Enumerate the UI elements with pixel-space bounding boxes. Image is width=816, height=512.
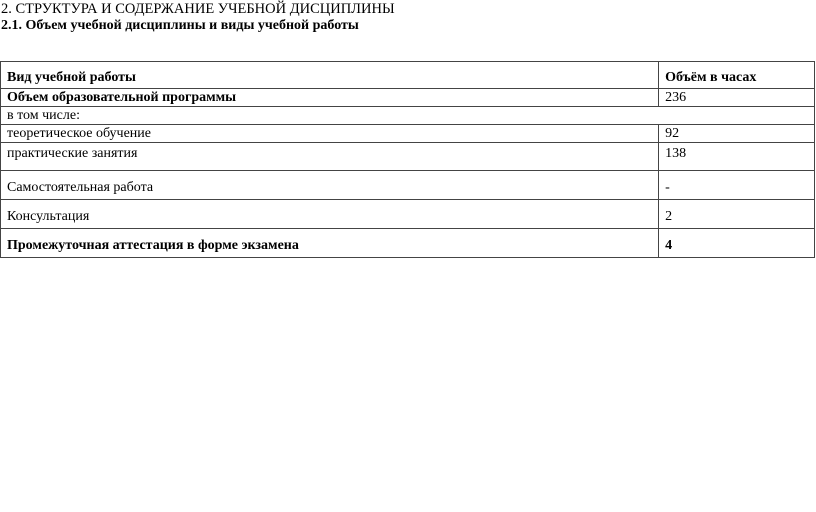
row-label: в том числе: [1, 107, 659, 125]
table-row: Консультация 2 [1, 200, 815, 229]
header-work-type: Вид учебной работы [1, 62, 659, 89]
row-hours [659, 107, 815, 125]
row-hours: 2 [659, 200, 815, 229]
row-label: Консультация [1, 200, 659, 229]
row-label: Объем образовательной программы [1, 89, 659, 107]
table-row: практические занятия 138 [1, 143, 815, 171]
subsection-title: 2.1. Объем учебной дисциплины и виды уче… [1, 17, 359, 34]
table-header-row: Вид учебной работы Объём в часах [1, 62, 815, 89]
section-title: 2. СТРУКТУРА И СОДЕРЖАНИЕ УЧЕБНОЙ ДИСЦИП… [1, 1, 395, 18]
row-label: практические занятия [1, 143, 659, 171]
row-label: Промежуточная аттестация в форме экзамен… [1, 229, 659, 258]
table-row: в том числе: [1, 107, 815, 125]
study-hours-table: Вид учебной работы Объём в часах Объем о… [0, 61, 815, 258]
table-row: теоретическое обучение 92 [1, 125, 815, 143]
row-hours: 92 [659, 125, 815, 143]
row-label: Самостоятельная работа [1, 171, 659, 200]
header-hours: Объём в часах [659, 62, 815, 89]
row-hours: 4 [659, 229, 815, 258]
row-hours: - [659, 171, 815, 200]
row-hours: 138 [659, 143, 815, 171]
row-hours: 236 [659, 89, 815, 107]
row-label: теоретическое обучение [1, 125, 659, 143]
table-row: Самостоятельная работа - [1, 171, 815, 200]
table-row: Промежуточная аттестация в форме экзамен… [1, 229, 815, 258]
table-row: Объем образовательной программы 236 [1, 89, 815, 107]
